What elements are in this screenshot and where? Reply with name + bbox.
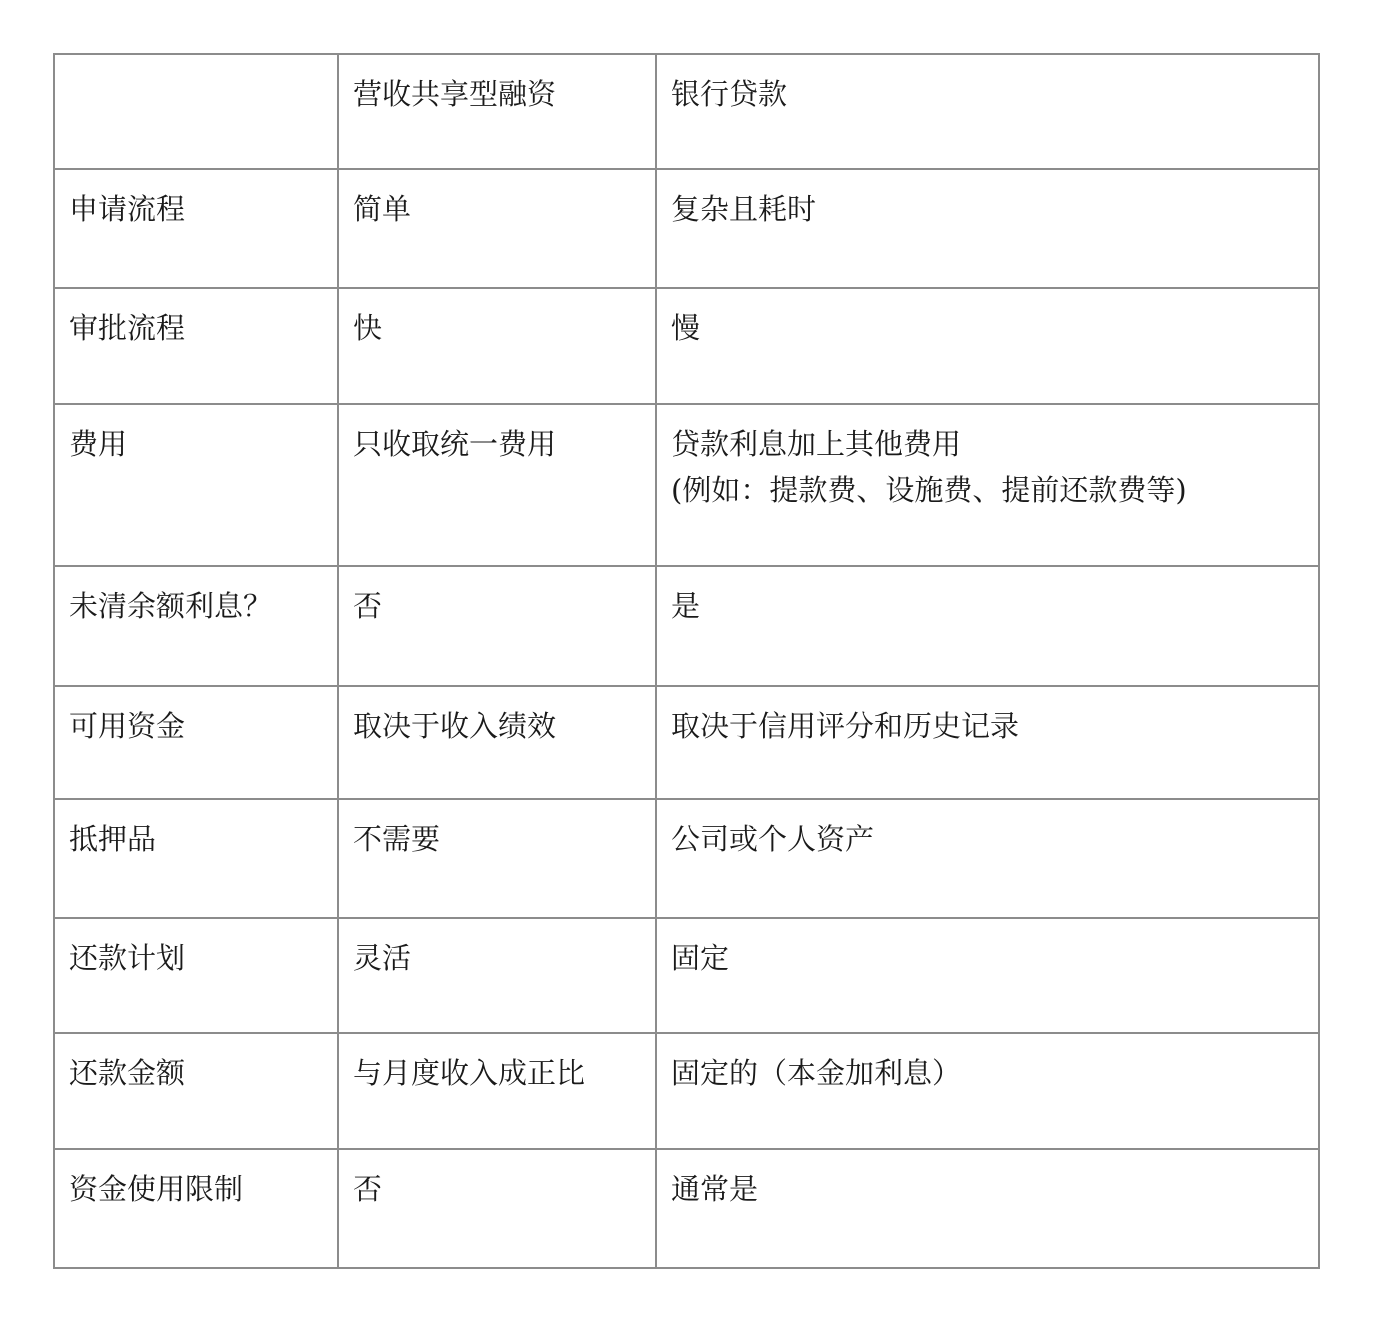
row-label: 还款金额 <box>54 1033 338 1149</box>
cell-bank-loan: 通常是 <box>656 1149 1319 1268</box>
document-page: 营收共享型融资 银行贷款 申请流程 简单 复杂且耗时 审批流程 快 慢 费用 只… <box>0 0 1378 1320</box>
cell-bank-loan: 慢 <box>656 288 1319 404</box>
table-row: 费用 只收取统一费用 贷款利息加上其他费用 (例如：提款费、设施费、提前还款费等… <box>54 404 1319 566</box>
table-row: 审批流程 快 慢 <box>54 288 1319 404</box>
cell-revenue-share: 不需要 <box>338 799 656 918</box>
col-header-revenue-share: 营收共享型融资 <box>338 54 656 169</box>
cell-bank-loan: 固定 <box>656 918 1319 1033</box>
row-label: 资金使用限制 <box>54 1149 338 1268</box>
cell-bank-loan: 公司或个人资产 <box>656 799 1319 918</box>
cell-revenue-share: 灵活 <box>338 918 656 1033</box>
row-label: 申请流程 <box>54 169 338 288</box>
row-label: 还款计划 <box>54 918 338 1033</box>
cell-bank-loan: 是 <box>656 566 1319 686</box>
cell-bank-loan: 取决于信用评分和历史记录 <box>656 686 1319 799</box>
row-label: 可用资金 <box>54 686 338 799</box>
cell-revenue-share: 快 <box>338 288 656 404</box>
table-row: 申请流程 简单 复杂且耗时 <box>54 169 1319 288</box>
comparison-table: 营收共享型融资 银行贷款 申请流程 简单 复杂且耗时 审批流程 快 慢 费用 只… <box>53 53 1320 1269</box>
cell-revenue-share: 否 <box>338 1149 656 1268</box>
table-row: 未清余额利息？ 否 是 <box>54 566 1319 686</box>
cell-bank-loan: 贷款利息加上其他费用 (例如：提款费、设施费、提前还款费等) <box>656 404 1319 566</box>
row-label: 审批流程 <box>54 288 338 404</box>
corner-cell <box>54 54 338 169</box>
cell-revenue-share: 与月度收入成正比 <box>338 1033 656 1149</box>
cell-revenue-share: 否 <box>338 566 656 686</box>
col-header-bank-loan: 银行贷款 <box>656 54 1319 169</box>
cell-revenue-share: 取决于收入绩效 <box>338 686 656 799</box>
table-row: 还款金额 与月度收入成正比 固定的（本金加利息） <box>54 1033 1319 1149</box>
table-header-row: 营收共享型融资 银行贷款 <box>54 54 1319 169</box>
table-row: 抵押品 不需要 公司或个人资产 <box>54 799 1319 918</box>
cell-revenue-share: 只收取统一费用 <box>338 404 656 566</box>
cell-bank-loan: 固定的（本金加利息） <box>656 1033 1319 1149</box>
table-row: 还款计划 灵活 固定 <box>54 918 1319 1033</box>
cell-bank-loan: 复杂且耗时 <box>656 169 1319 288</box>
table-row: 资金使用限制 否 通常是 <box>54 1149 1319 1268</box>
row-label: 费用 <box>54 404 338 566</box>
row-label: 抵押品 <box>54 799 338 918</box>
cell-revenue-share: 简单 <box>338 169 656 288</box>
row-label: 未清余额利息？ <box>54 566 338 686</box>
table-row: 可用资金 取决于收入绩效 取决于信用评分和历史记录 <box>54 686 1319 799</box>
